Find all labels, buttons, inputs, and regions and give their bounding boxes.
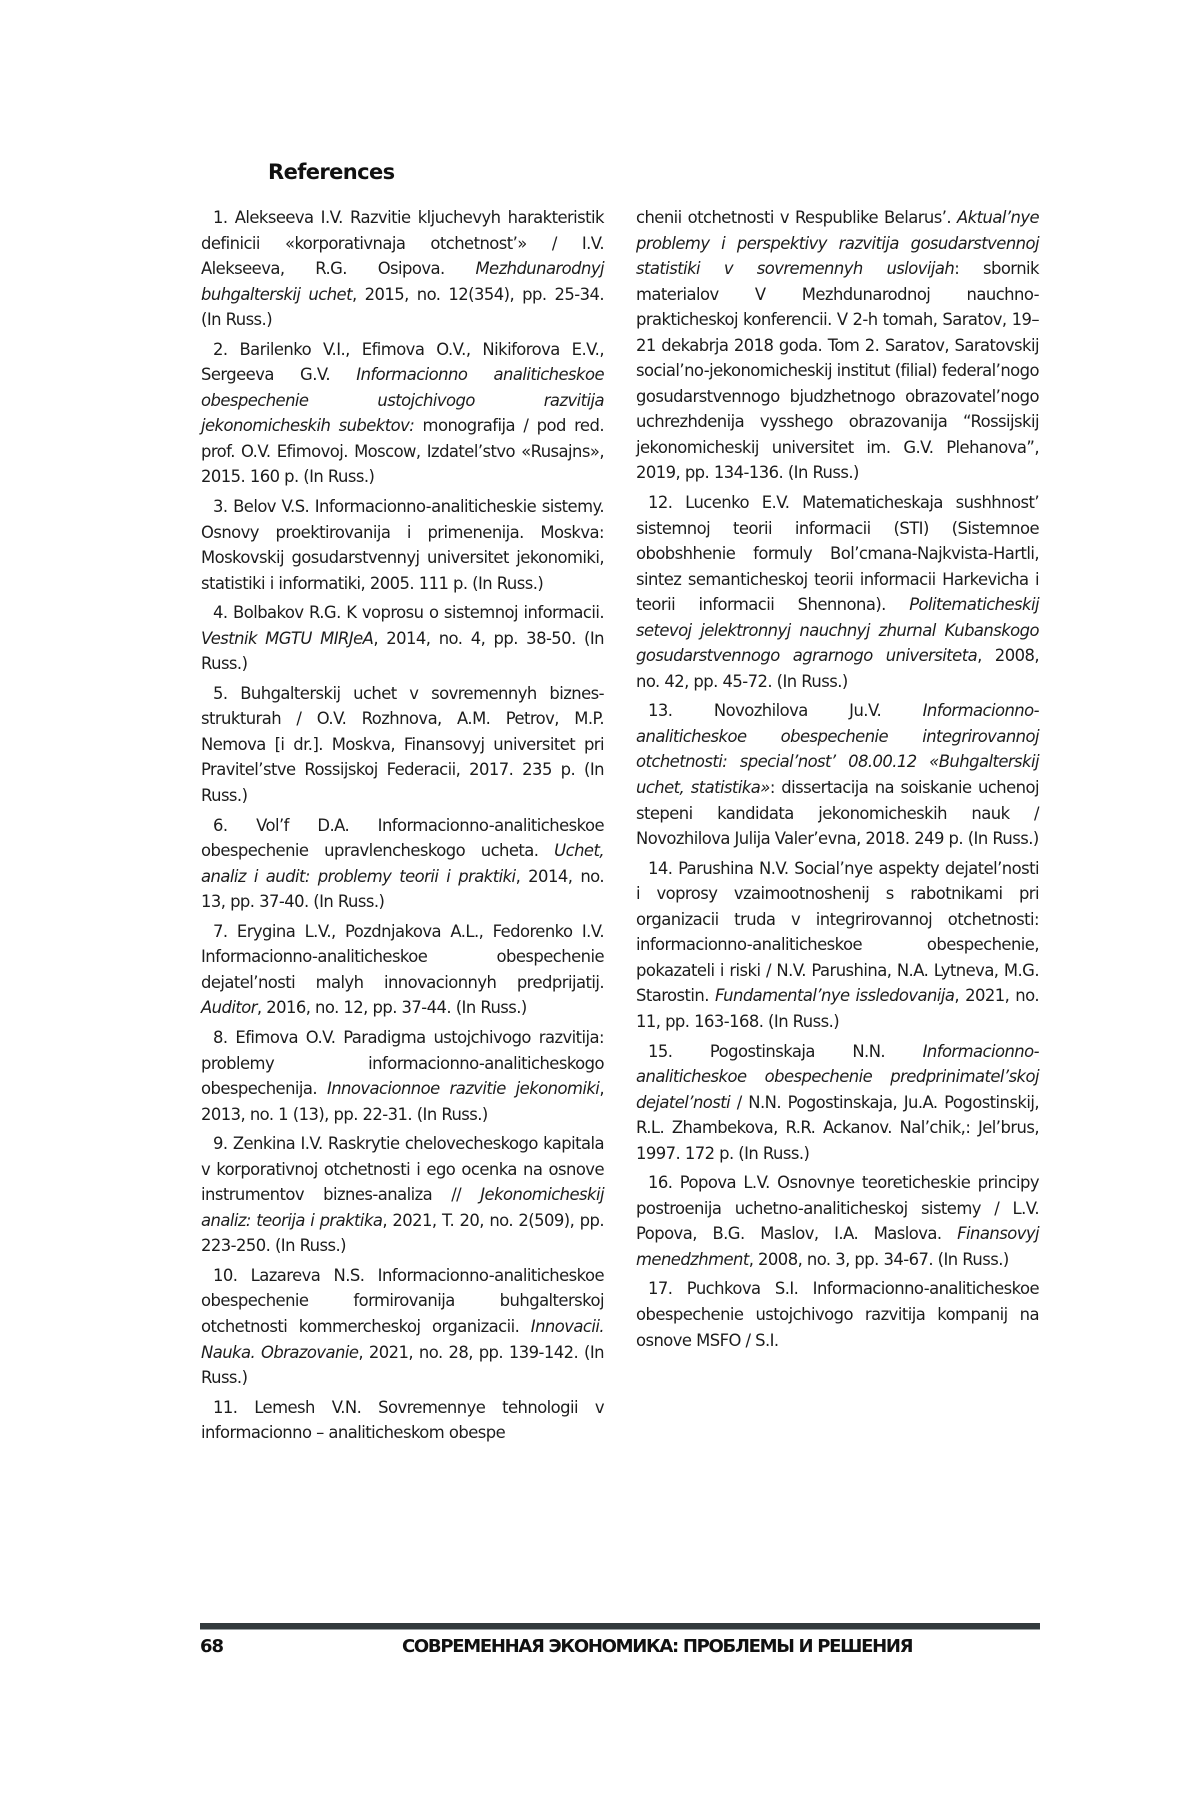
reference-item: 15. Pogostinskaja N.N. Informacionno-ana…: [636, 1039, 1039, 1167]
reference-number: 16.: [648, 1173, 672, 1192]
reference-number: 1.: [213, 208, 228, 227]
footer-divider-thin: [200, 1629, 1040, 1630]
reference-number: 11.: [213, 1398, 237, 1417]
reference-number: 10.: [213, 1266, 237, 1285]
reference-text: Buhgalterskij uchet v sovremennyh biznes…: [201, 684, 604, 805]
reference-source-title: Auditor: [201, 998, 257, 1017]
reference-text: chenii otchetnosti v Respublike Belarus’…: [636, 208, 957, 227]
reference-item: 3. Belov V.S. Informacionno-analiti­ches…: [201, 494, 604, 596]
reference-item: 7. Erygina L.V., Pozdnjakova A.L., Fedo­…: [201, 919, 604, 1021]
reference-item: 6. Vol’f D.A. Informacionno-analitichesk…: [201, 813, 604, 915]
reference-source-title: Fundamental’nye issledovanija: [715, 986, 954, 1005]
reference-text: , 2008, no. 3, pp. 34-67. (In Russ.): [749, 1250, 1009, 1269]
references-column-left: 1. Alekseeva I.V. Razvitie kljuchevyh ha…: [201, 205, 604, 1450]
reference-item: 10. Lazareva N.S. Informacionno-ana­liti…: [201, 1263, 604, 1391]
reference-number: 4.: [213, 603, 228, 622]
reference-number: 13.: [648, 701, 672, 720]
references-column-right: chenii otchetnosti v Respublike Belarus’…: [636, 205, 1039, 1357]
reference-number: 14.: [648, 859, 672, 878]
reference-item: 17. Puchkova S.I. Informacionno-analitic…: [636, 1276, 1039, 1353]
journal-title: СОВРЕМЕННАЯ ЭКОНОМИКА: ПРОБЛЕМЫ И РЕШЕНИ…: [402, 1636, 912, 1657]
reference-text: Puchkova S.I. Informacionno-analitichesk…: [636, 1279, 1039, 1349]
reference-item: 14. Parushina N.V. Social’nye aspekty de…: [636, 856, 1039, 1035]
reference-number: 8.: [213, 1028, 228, 1047]
reference-item: 1. Alekseeva I.V. Razvitie kljuchevyh ha…: [201, 205, 604, 333]
reference-text: : sbornik materialov V Mezhdunarodnoj na…: [636, 259, 1039, 482]
reference-item: chenii otchetnosti v Respublike Belarus’…: [636, 205, 1039, 486]
reference-text: Novozhilova Ju.V.: [672, 701, 922, 720]
reference-text: Pogostinskaja N.N.: [672, 1042, 922, 1061]
reference-number: 5.: [213, 684, 228, 703]
reference-item: 2. Barilenko V.I., Efimova O.V., Nikifor…: [201, 337, 604, 490]
reference-item: 8. Efimova O.V. Paradigma ustojchivogo r…: [201, 1025, 604, 1127]
reference-source-title: Innovacionnoe razvitie jekonomiki: [327, 1079, 599, 1098]
reference-item: 16. Popova L.V. Osnovnye teoreticheskie …: [636, 1170, 1039, 1272]
reference-text: Vol’f D.A. Informacionno-analiticheskoe …: [201, 816, 604, 861]
reference-text: Belov V.S. Informacionno-analiti­cheskie…: [201, 497, 604, 593]
reference-number: 17.: [648, 1279, 672, 1298]
reference-item: 11. Lemesh V.N. Sovremennye tehnologii v…: [201, 1395, 604, 1446]
reference-number: 12.: [648, 493, 672, 512]
reference-item: 4. Bolbakov R.G. K voprosu o sistemnoj i…: [201, 600, 604, 677]
reference-item: 5. Buhgalterskij uchet v sovremennyh biz…: [201, 681, 604, 809]
reference-item: 12. Lucenko E.V. Matematicheskaja sushhn…: [636, 490, 1039, 694]
reference-item: 9. Zenkina I.V. Raskrytie chelovecheskog…: [201, 1131, 604, 1259]
reference-text: Erygina L.V., Pozdnjakova A.L., Fedo­ren…: [201, 922, 604, 992]
reference-text: Parushina N.V. Social’nye aspekty dejate…: [636, 859, 1039, 1006]
reference-source-title: Vestnik MGTU MIRJeA: [201, 629, 373, 648]
reference-number: 9.: [213, 1134, 228, 1153]
reference-number: 3.: [213, 497, 228, 516]
references-heading: References: [268, 160, 395, 184]
page-number: 68: [200, 1636, 223, 1657]
reference-number: 15.: [648, 1042, 672, 1061]
reference-text: , 2016, no. 12, pp. 37-44. (In Russ.): [257, 998, 527, 1017]
reference-text: Bolbakov R.G. K voprosu o sistemnoj info…: [228, 603, 604, 622]
reference-number: 6.: [213, 816, 228, 835]
reference-text: Lemesh V.N. Sovremennye tehnologii v inf…: [201, 1398, 604, 1443]
reference-item: 13. Novozhilova Ju.V. Informacionno-anal…: [636, 698, 1039, 851]
reference-number: 2.: [213, 340, 228, 359]
reference-number: 7.: [213, 922, 228, 941]
